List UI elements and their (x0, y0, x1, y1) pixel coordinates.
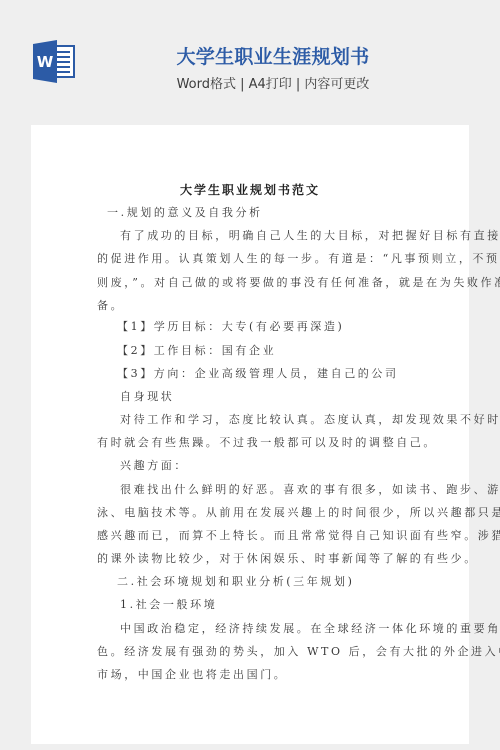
header-banner: W 大学生职业生涯规划书 Word格式 | A4打印 | 内容可更改 (0, 0, 500, 120)
banner-subtitle: Word格式 | A4打印 | 内容可更改 (160, 73, 386, 92)
document-line: 【2】工作目标：国有企业 (117, 344, 276, 358)
document-line: 自身现状 (120, 390, 174, 404)
document-line: 色。经济发展有强劲的势头，加入 WTO 后，会有大批的外企进入中国 (97, 645, 500, 659)
document-line: 1.社会一般环境 (120, 598, 217, 612)
document-line: 中国政治稳定，经济持续发展。在全球经济一体化环境的重要角 (120, 622, 500, 636)
document-line: 很难找出什么鲜明的好恶。喜欢的事有很多，如读书、跑步、游 (120, 483, 500, 497)
document-line: 备。 (97, 299, 124, 313)
document-line: 【1】学历目标：大专(有必要再深造) (117, 320, 344, 334)
document-line: 有了成功的目标，明确自己人生的大目标，对把握好目标有直接 (120, 229, 500, 243)
document-line: 泳、电脑技术等。从前用在发展兴趣上的时间很少，所以兴趣都只是 (97, 506, 500, 520)
document-page: 大学生职业规划书范文 一.规划的意义及自我分析有了成功的目标，明确自己人生的大目… (31, 125, 469, 744)
document-line: 二.社会环境规划和职业分析(三年规划) (117, 575, 354, 589)
document-title: 大学生职业规划书范文 (31, 181, 469, 198)
document-line: 有时就会有些焦躁。不过我一般都可以及时的调整自己。 (97, 436, 437, 450)
svg-text:W: W (37, 53, 54, 71)
document-line: 则废，”。对自己做的或将要做的事没有任何准备，就是在为失败作准 (97, 276, 500, 290)
banner-title: 大学生职业生涯规划书 (160, 42, 386, 69)
document-line: 的促进作用。认真策划人生的每一步。有道是：“凡事预则立，不预 (97, 252, 500, 266)
word-document-icon: W (31, 40, 77, 83)
document-line: 【3】方向：企业高级管理人员，建自己的公司 (117, 367, 399, 381)
document-line: 兴趣方面： (120, 459, 188, 473)
document-line: 一.规划的意义及自我分析 (107, 206, 263, 220)
document-line: 对待工作和学习，态度比较认真。态度认真，却发现效果不好时， (120, 413, 500, 427)
document-line: 感兴趣而已，而算不上特长。而且常常觉得自己知识面有些窄。涉猎 (97, 529, 500, 543)
document-line: 的课外读物比较少，对于休闲娱乐、时事新闻等了解的有些少。 (97, 552, 478, 566)
document-line: 市场，中国企业也将走出国门。 (97, 668, 287, 682)
